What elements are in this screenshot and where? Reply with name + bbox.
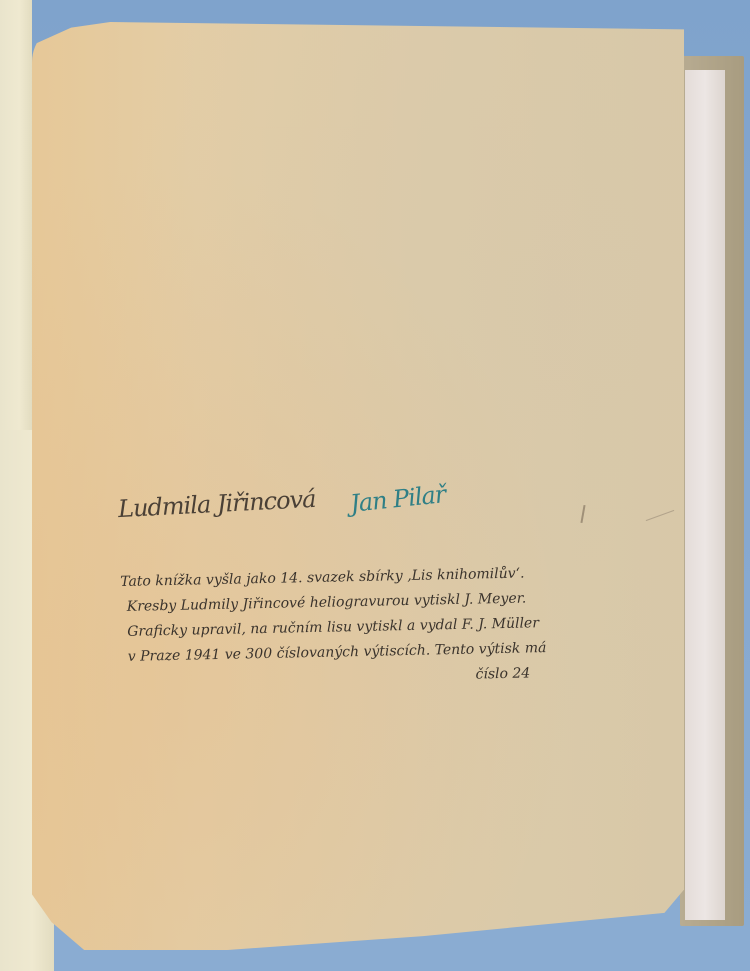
page-block-edge bbox=[685, 70, 725, 920]
colophon-page bbox=[32, 22, 684, 950]
colophon-text: Tato knížka vyšla jako 14. svazek sbírky… bbox=[120, 561, 543, 695]
